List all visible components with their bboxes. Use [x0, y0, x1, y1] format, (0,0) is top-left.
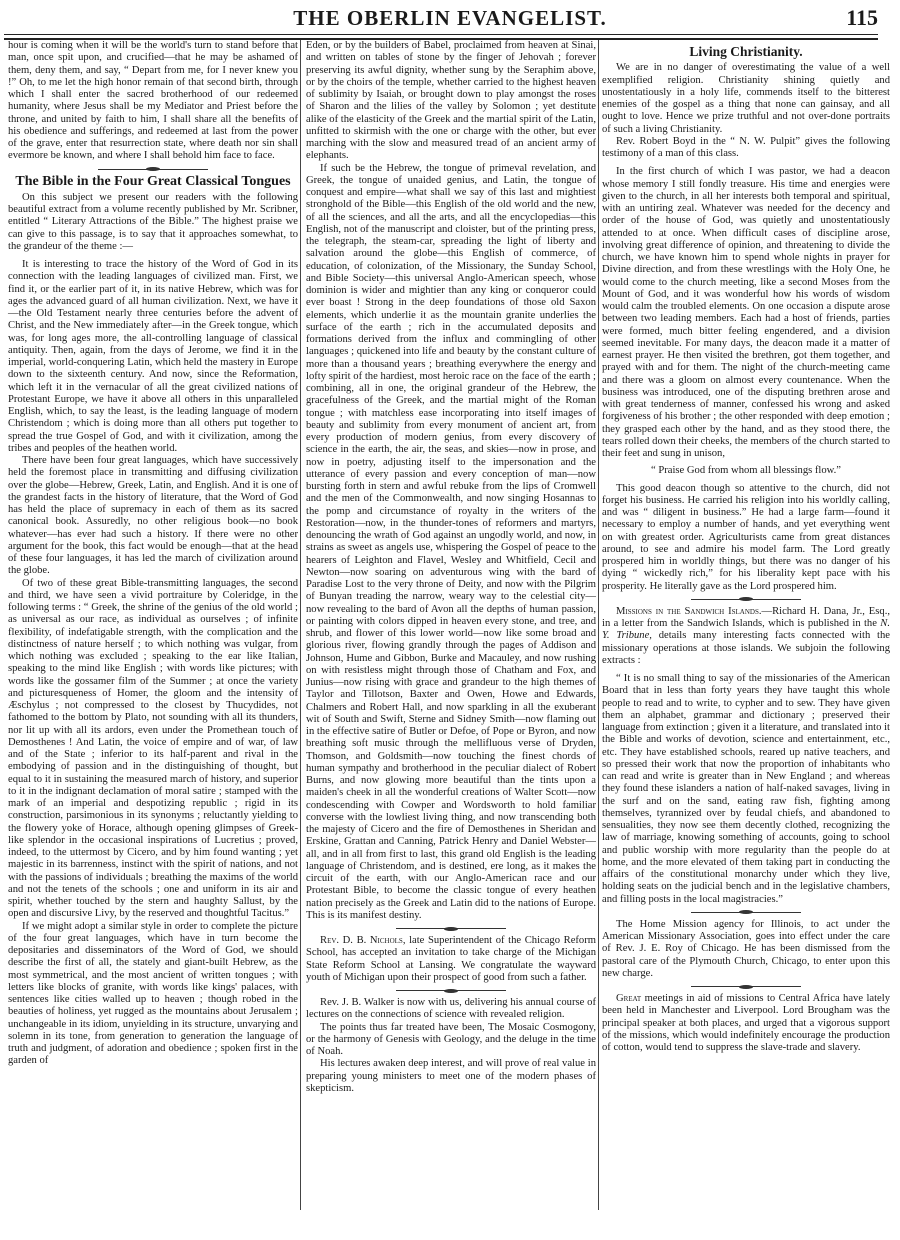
page-number: 115: [846, 5, 878, 31]
section-separator: [98, 169, 208, 170]
article-paragraph: This good deacon though so attentive to …: [602, 483, 890, 593]
article-paragraph: The points thus far treated have been, T…: [306, 1022, 596, 1059]
news-item-walker: Rev. J. B. Walker is now with us, delive…: [306, 997, 596, 1022]
article-paragraph: Rev. Robert Boyd in the “ N. W. Pulpit” …: [602, 136, 890, 161]
article-paragraph: We are in no danger of overestimating th…: [602, 62, 890, 136]
news-item-nichols: Rev. D. B. Nichols, late Superintendent …: [306, 935, 596, 984]
article-title: Living Christianity.: [602, 46, 890, 58]
section-separator: [691, 599, 801, 600]
article-paragraph: It is interesting to trace the history o…: [8, 259, 298, 455]
quoted-extract: “ It is no small thing to say of the mis…: [602, 673, 890, 906]
masthead: THE OBERLIN EVANGELIST. 115: [0, 0, 900, 36]
article-paragraph: In the first church of which I was pasto…: [602, 166, 890, 460]
article-title: The Bible in the Four Great Classical To…: [8, 176, 298, 188]
continued-paragraph: hour is coming when it will be the world…: [8, 40, 298, 163]
column-2: Eden, or by the builders of Babel, procl…: [306, 40, 596, 1095]
article-paragraph: There have been four great languages, wh…: [8, 455, 298, 578]
news-item-africa: Great meetings in aid of missions to Cen…: [602, 993, 890, 1054]
news-item-lead: Great: [616, 993, 641, 1004]
newspaper-title: THE OBERLIN EVANGELIST.: [0, 6, 900, 31]
news-item-home-mission: The Home Mission agency for Illinois, to…: [602, 919, 890, 980]
section-separator: [396, 990, 506, 991]
column-divider: [300, 40, 301, 1210]
article-paragraph: If we might adopt a similar style in ord…: [8, 921, 298, 1068]
news-item-missions: Missions in the Sandwich Islands.—Richar…: [602, 606, 890, 667]
news-item-lead: Missions in the Sandwich Islands.: [616, 606, 762, 617]
section-separator: [691, 986, 801, 987]
article-paragraph: Of two of these great Bible-transmitting…: [8, 578, 298, 921]
continued-paragraph: Eden, or by the builders of Babel, procl…: [306, 40, 596, 163]
news-item-lead: Rev. D. B. Nichols,: [320, 935, 405, 946]
article-paragraph: His lectures awaken deep interest, and w…: [306, 1058, 596, 1095]
section-separator: [396, 928, 506, 929]
column-1: hour is coming when it will be the world…: [8, 40, 298, 1068]
article-lead: On this subject we present our readers w…: [8, 192, 298, 253]
article-paragraph: If such be the Hebrew, the tongue of pri…: [306, 163, 596, 923]
column-3: Living Christianity. We are in no danger…: [602, 40, 890, 1054]
hymn-quote: “ Praise God from whom all blessings flo…: [602, 465, 890, 477]
section-separator: [691, 912, 801, 913]
column-divider: [598, 40, 599, 1210]
